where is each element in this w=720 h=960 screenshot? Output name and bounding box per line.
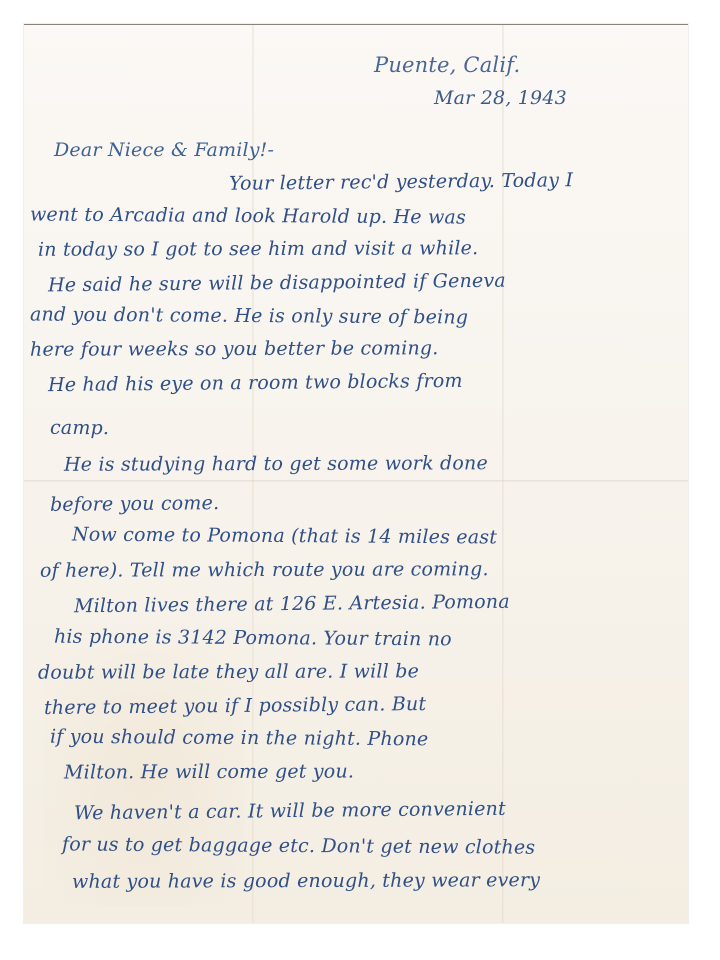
letter-line: Your letter rec'd yesterday. Today I [229,169,573,195]
letter-line: Milton. He will come get you. [64,760,354,783]
letter-paper: Puente, Calif. Mar 28, 1943 Dear Niece &… [24,24,688,923]
letter-salutation: Dear Niece & Family!- [54,139,274,161]
letter-line: in today so I got to see him and visit a… [38,237,478,261]
fold-crease-vertical-right [502,25,504,923]
letter-line: before you come. [50,492,220,516]
letter-line: Now come to Pomona (that is 14 miles eas… [72,524,497,549]
letter-line: He is studying hard to get some work don… [64,452,488,475]
letter-line: here four weeks so you better be coming. [30,337,439,360]
fold-crease-horizontal [24,480,688,482]
letter-line: He had his eye on a room two blocks from [48,370,463,396]
letter-line: there to meet you if I possibly can. But [44,693,426,719]
letter-line: of here). Tell me which route you are co… [40,558,489,582]
letter-place: Puente, Calif. [374,53,520,77]
letter-line: went to Arcadia and look Harold up. He w… [30,203,466,228]
letter-line: camp. [50,417,109,439]
letter-line: his phone is 3142 Pomona. Your train no [54,626,452,651]
letter-line: if you should come in the night. Phone [50,726,429,751]
letter-line: He said he sure will be disappointed if … [48,270,506,297]
letter-line: for us to get baggage etc. Don't get new… [62,833,535,858]
letter-line: doubt will be late they all are. I will … [38,660,419,683]
letter-line: what you have is good enough, they wear … [72,869,540,893]
letter-line: We haven't a car. It will be more conven… [74,798,506,825]
letter-line: Milton lives there at 126 E. Artesia. Po… [74,591,510,618]
letter-line: and you don't come. He is only sure of b… [30,303,468,328]
letter-date: Mar 28, 1943 [434,87,567,109]
